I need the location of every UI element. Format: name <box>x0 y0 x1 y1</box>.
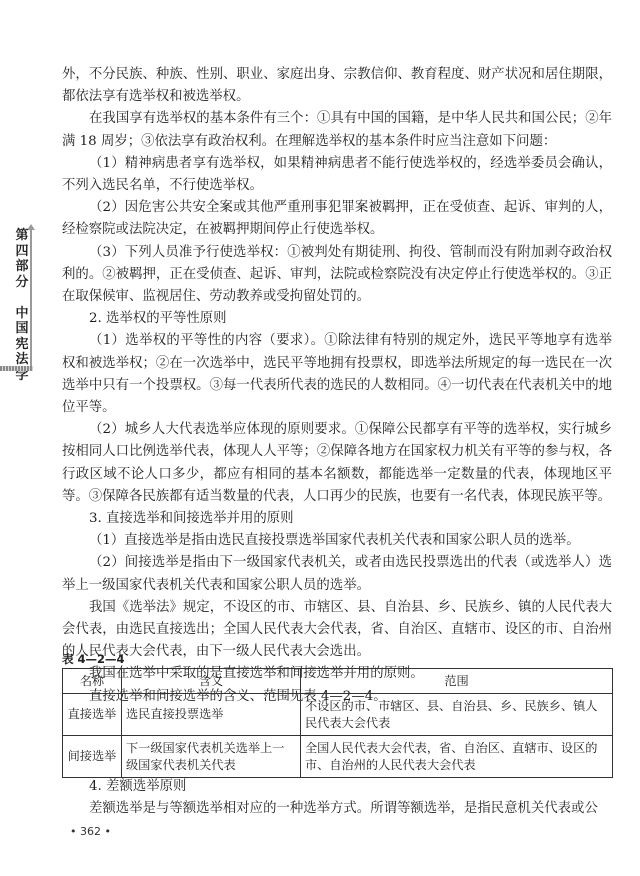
body-text-after-table: 4. 差额选举原则 差额选举是与等额选举相对应的一种选举方式。所谓等额选举，是指… <box>62 776 612 820</box>
side-tab-rule <box>30 228 32 366</box>
header-meaning: 含义 <box>122 669 301 694</box>
page-number: • 362 • <box>70 825 111 838</box>
paragraph: （1）选举权的平等性的内容（要求）。①除法律有特别的规定外，选民平等地享有选举权… <box>62 330 612 419</box>
paragraph: （3）下列人员准予行使选举权：①被判处有期徒刑、拘役、管制而没有附加剥夺政治权利… <box>62 242 612 309</box>
body-text: 外，不分民族、种族、性别、职业、家庭出身、宗教信仰、教育程度、财产状况和居住期限… <box>62 64 612 708</box>
cell-meaning: 选民直接投票选举 <box>122 694 301 736</box>
paragraph: 外，不分民族、种族、性别、职业、家庭出身、宗教信仰、教育程度、财产状况和居住期限… <box>62 64 612 108</box>
paragraph: （1）直接选举是指由选民直接投票选举国家代表机关代表和国家公职人员的选举。 <box>62 530 612 552</box>
cell-meaning: 下一级国家代表机关选举上一级国家代表机关代表 <box>122 736 301 778</box>
table-row: 直接选举 选民直接投票选举 不设区的市、市辖区、县、自治县、乡、民族乡、镇人民代… <box>63 694 613 736</box>
paragraph: 差额选举是与等额选举相对应的一种选举方式。所谓等额选举，是指民意机关代表或公 <box>62 798 612 820</box>
cell-name: 直接选举 <box>63 694 122 736</box>
section-heading: 4. 差额选举原则 <box>62 776 612 798</box>
side-tab-label: 第 四 部 分 中 国 宪 法 学 <box>14 228 30 383</box>
section-heading: 3. 直接选举和间接选举并用的原则 <box>62 508 612 530</box>
cell-scope: 全国人民代表大会代表，省、自治区、直辖市、设区的市、自治州的人民代表大会代表 <box>301 736 613 778</box>
table-header-row: 名称 含义 范围 <box>63 669 613 694</box>
section-heading: 2. 选举权的平等性原则 <box>62 308 612 330</box>
section-side-tab: 第 四 部 分 中 国 宪 法 学 <box>0 224 36 374</box>
header-name: 名称 <box>63 669 122 694</box>
table-row: 间接选举 下一级国家代表机关选举上一级国家代表机关代表 全国人民代表大会代表，省… <box>63 736 613 778</box>
paragraph: （2）城乡人大代表选举应体现的原则要求。①保障公民都享有平等的选举权，实行城乡按… <box>62 419 612 508</box>
paragraph: 在我国享有选举权的基本条件有三个：①具有中国的国籍，是中华人民共和国公民；②年满… <box>62 108 612 152</box>
header-scope: 范围 <box>301 669 613 694</box>
paragraph: 我国《选举法》规定，不设区的市、市辖区、县、自治县、乡、民族乡、镇的人民代表大会… <box>62 597 612 664</box>
cell-name: 间接选举 <box>63 736 122 778</box>
cell-scope: 不设区的市、市辖区、县、自治县、乡、民族乡、镇人民代表大会代表 <box>301 694 613 736</box>
side-tab-base <box>0 366 33 371</box>
election-types-table: 名称 含义 范围 直接选举 选民直接投票选举 不设区的市、市辖区、县、自治县、乡… <box>62 668 613 778</box>
paragraph: （2）因危害公共安全案或其他严重刑事犯罪案被羁押，正在受侦查、起诉、审判的人，经… <box>62 197 612 241</box>
paragraph: （1）精神病患者享有选举权，如果精神病患者不能行使选举权的，经选举委员会确认，不… <box>62 153 612 197</box>
table-caption: 表 4—2—4 <box>62 651 125 667</box>
paragraph: （2）间接选举是指由下一级国家代表机关，或者由选民投票选出的代表（或选举人）选举… <box>62 552 612 596</box>
